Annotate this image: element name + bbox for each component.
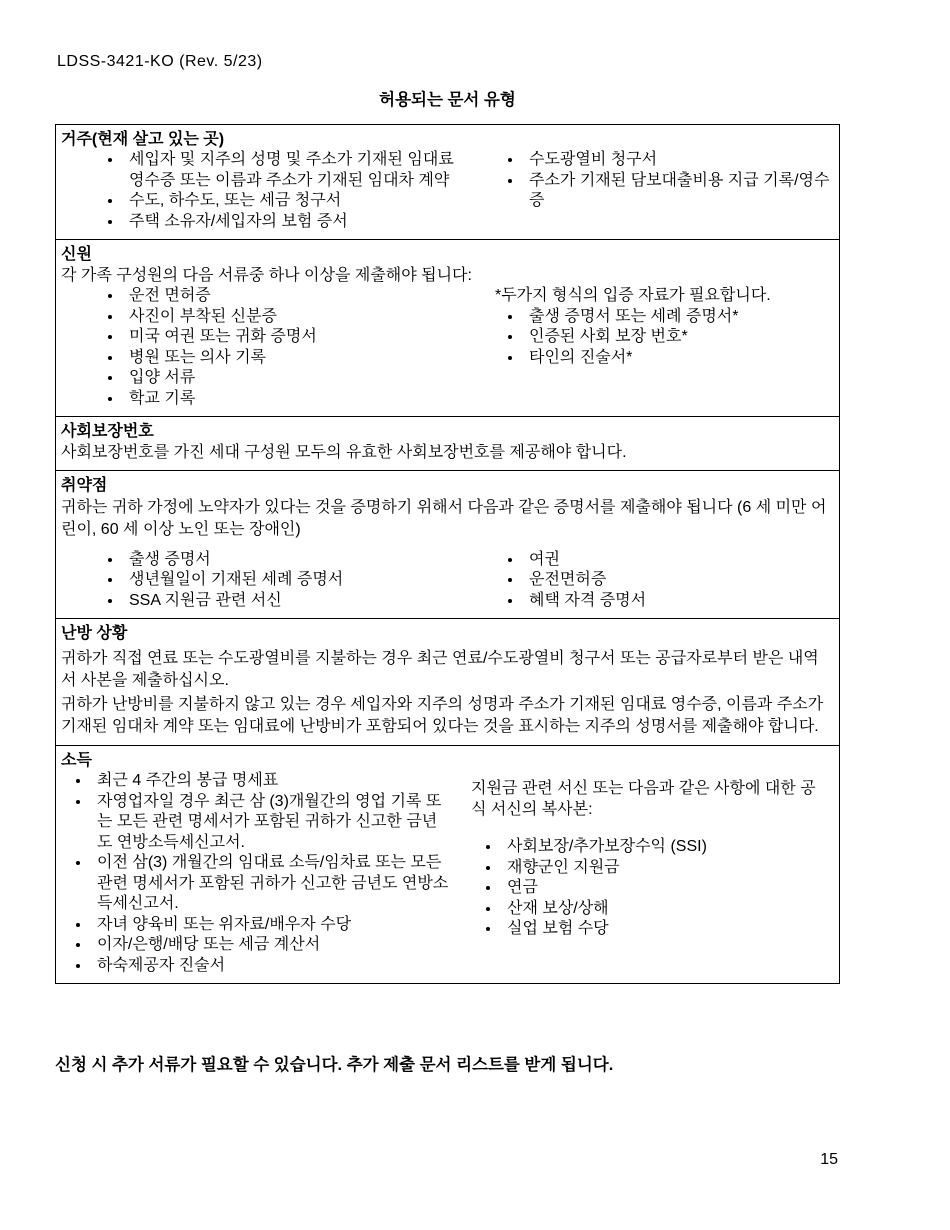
list-item: SSA 지원금 관련 서신 — [123, 591, 493, 611]
list-item: 혜택 자격 증명서 — [523, 591, 831, 611]
footer-note: 신청 시 추가 서류가 필요할 수 있습니다. 추가 제출 문서 리스트를 받게… — [55, 1055, 840, 1076]
list-item: 병원 또는 의사 기록 — [123, 348, 493, 368]
list-item: 운전 면허증 — [123, 286, 493, 306]
list-item: 사진이 부착된 신분증 — [123, 307, 493, 327]
section-residence-heading: 거주(현재 살고 있는 곳) — [61, 130, 831, 150]
section-heating: 난방 상황 귀하가 직접 연료 또는 수도광열비를 지불하는 경우 최근 연료/… — [56, 619, 839, 746]
list-item: 수도광열비 청구서 — [523, 150, 831, 170]
list-item: 이자/은행/배당 또는 세금 계산서 — [91, 935, 451, 955]
list-item: 인증된 사회 보장 번호* — [523, 327, 831, 347]
list-item: 여권 — [523, 550, 831, 570]
list-item: 최근 4 주간의 봉급 명세표 — [91, 771, 451, 791]
identity-left-list: 운전 면허증 사진이 부착된 신분증 미국 여권 또는 귀화 증명서 병원 또는… — [61, 286, 493, 409]
vulnerability-left-list: 출생 증명서 생년월일이 기재된 세례 증명서 SSA 지원금 관련 서신 — [61, 550, 493, 611]
identity-right-list: 출생 증명서 또는 세례 증명서* 인증된 사회 보장 번호* 타인의 진술서* — [493, 307, 831, 368]
list-item: 산재 보상/상해 — [501, 899, 831, 919]
list-item: 자영업자일 경우 최근 삼 (3)개월간의 영업 기록 또는 모든 관련 명세서… — [91, 792, 451, 853]
list-item: 사회보장/추가보장수익 (SSI) — [501, 837, 831, 857]
list-item: 재향군인 지원금 — [501, 858, 831, 878]
section-heating-heading: 난방 상황 — [61, 624, 831, 644]
document-id: LDSS-3421-KO (Rev. 5/23) — [57, 52, 263, 72]
income-left-list: 최근 4 주간의 봉급 명세표 자영업자일 경우 최근 삼 (3)개월간의 영업… — [61, 771, 471, 976]
list-item: 하숙제공자 진술서 — [91, 956, 451, 976]
residence-right-list: 수도광열비 청구서 주소가 기재된 담보대출비용 지급 기록/영수증 — [493, 150, 831, 211]
residence-left-list: 세입자 및 지주의 성명 및 주소가 기재된 임대료 영수증 또는 이름과 주소… — [61, 150, 493, 232]
section-ssn: 사회보장번호 사회보장번호를 가진 세대 구성원 모두의 유효한 사회보장번호를… — [56, 417, 839, 471]
list-item: 미국 여권 또는 귀화 증명서 — [123, 327, 493, 347]
income-right-intro: 지원금 관련 서신 또는 다음과 같은 사항에 대한 공식 서신의 복사본: — [471, 779, 816, 820]
list-item: 입양 서류 — [123, 368, 493, 388]
section-ssn-heading: 사회보장번호 — [61, 422, 831, 442]
section-ssn-body: 사회보장번호를 가진 세대 구성원 모두의 유효한 사회보장번호를 제공해야 합… — [61, 443, 831, 463]
list-item: 출생 증명서 — [123, 550, 493, 570]
section-identity: 신원 각 가족 구성원의 다음 서류중 하나 이상을 제출해야 됩니다: 운전 … — [56, 240, 839, 417]
section-identity-intro: 각 가족 구성원의 다음 서류중 하나 이상을 제출해야 됩니다: — [61, 266, 831, 286]
list-item: 세입자 및 지주의 성명 및 주소가 기재된 임대료 영수증 또는 이름과 주소… — [123, 150, 471, 191]
list-item: 주택 소유자/세입자의 보험 증서 — [123, 212, 471, 232]
document-page: LDSS-3421-KO (Rev. 5/23) 허용되는 문서 유형 거주(현… — [0, 0, 950, 1230]
section-income: 소득 최근 4 주간의 봉급 명세표 자영업자일 경우 최근 삼 (3)개월간의… — [56, 746, 839, 983]
page-number: 15 — [820, 1150, 838, 1170]
list-item: 이전 삼(3) 개월간의 임대료 소득/임차료 또는 모든 관련 명세서가 포함… — [91, 853, 451, 914]
list-item: 출생 증명서 또는 세례 증명서* — [523, 307, 831, 327]
list-item: 타인의 진술서* — [523, 348, 831, 368]
section-identity-heading: 신원 — [61, 245, 831, 265]
list-item: 생년월일이 기재된 세례 증명서 — [123, 570, 493, 590]
document-types-table: 거주(현재 살고 있는 곳) 세입자 및 지주의 성명 및 주소가 기재된 임대… — [55, 124, 840, 984]
vulnerability-right-list: 여권 운전면허증 혜택 자격 증명서 — [493, 550, 831, 611]
list-item: 실업 보험 수당 — [501, 919, 831, 939]
list-item: 학교 기록 — [123, 389, 493, 409]
heating-paragraph: 귀하가 직접 연료 또는 수도광열비를 지불하는 경우 최근 연료/수도광열비 … — [61, 648, 831, 692]
list-item: 운전면허증 — [523, 570, 831, 590]
section-vulnerability-intro: 귀하는 귀하 가정에 노약자가 있다는 것을 증명하기 위해서 다음과 같은 증… — [61, 497, 831, 541]
list-item: 연금 — [501, 878, 831, 898]
section-vulnerability-heading: 취약점 — [61, 476, 831, 496]
income-right-list: 사회보장/추가보장수익 (SSI) 재향군인 지원금 연금 산재 보상/상해 실… — [471, 837, 831, 939]
page-title: 허용되는 문서 유형 — [55, 90, 840, 111]
section-residence: 거주(현재 살고 있는 곳) 세입자 및 지주의 성명 및 주소가 기재된 임대… — [56, 125, 839, 240]
section-vulnerability: 취약점 귀하는 귀하 가정에 노약자가 있다는 것을 증명하기 위해서 다음과 … — [56, 471, 839, 619]
list-item: 주소가 기재된 담보대출비용 지급 기록/영수증 — [523, 171, 831, 212]
heating-paragraph: 귀하가 난방비를 지불하지 않고 있는 경우 세입자와 지주의 성명과 주소가 … — [61, 694, 831, 738]
section-income-heading: 소득 — [61, 751, 831, 771]
list-item: 자녀 양육비 또는 위자료/배우자 수당 — [91, 915, 451, 935]
list-item: 수도, 하수도, 또는 세금 청구서 — [123, 191, 471, 211]
identity-two-forms-note: *두가지 형식의 입증 자료가 필요합니다. — [495, 286, 831, 306]
